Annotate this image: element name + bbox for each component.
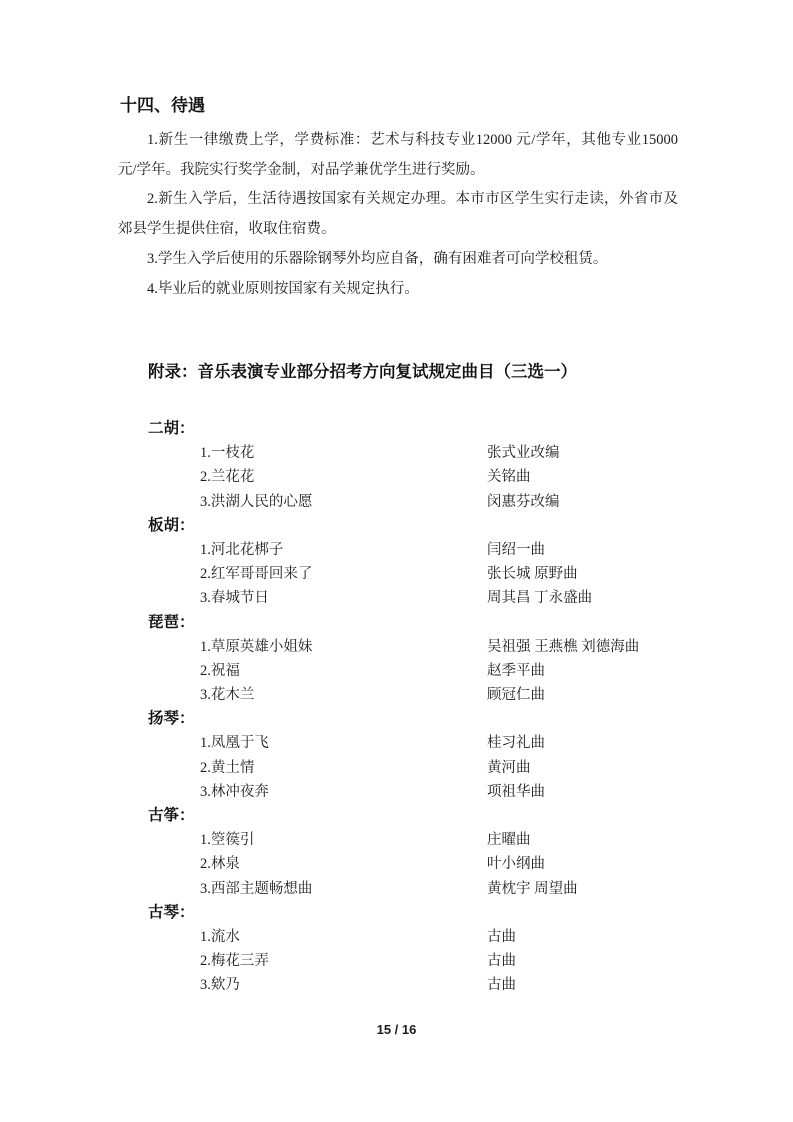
section-heading: 十四、待遇	[120, 95, 678, 117]
repertoire-item: 3.春城节日 周其昌 丁永盛曲	[118, 586, 728, 610]
page-number: 15 / 16	[377, 1022, 417, 1037]
repertoire-item: 3.花木兰 顾冠仁曲	[118, 683, 728, 707]
paragraph: 2.新生入学后，生活待遇按国家有关规定办理。本市市区学生实行走读，外省市及郊县学…	[118, 185, 678, 244]
repertoire-item: 2.黄土情 黄河曲	[118, 756, 728, 780]
song-title: 3.欸乃	[200, 973, 487, 997]
song-title: 3.春城节日	[200, 586, 487, 610]
instrument-group: 琵琶： 1.草原英雄小姐妹 吴祖强 王燕樵 刘德海曲 2.祝福 赵季平曲 3.花…	[118, 611, 728, 708]
composer-name: 黄河曲	[487, 756, 728, 780]
repertoire-item: 2.林泉 叶小纲曲	[118, 852, 728, 876]
paragraph: 3.学生入学后使用的乐器除钢琴外均应自备，确有困难者可向学校租赁。	[118, 245, 678, 275]
song-title: 3.西部主题畅想曲	[200, 877, 487, 901]
repertoire-item: 1.流水 古曲	[118, 925, 728, 949]
song-title: 2.祝福	[200, 659, 487, 683]
repertoire-item: 3.洪湖人民的心愿 闵惠芬改编	[118, 490, 728, 514]
composer-name: 闵惠芬改编	[487, 490, 728, 514]
document-page: 十四、待遇 1.新生一律缴费上学，学费标准：艺术与科技专业12000 元/学年，…	[0, 0, 793, 1122]
composer-name: 闫绍一曲	[487, 538, 728, 562]
repertoire-item: 2.祝福 赵季平曲	[118, 659, 728, 683]
section-paragraphs: 1.新生一律缴费上学，学费标准：艺术与科技专业12000 元/学年，其他专业15…	[118, 126, 678, 304]
composer-name: 黄枕宇 周望曲	[487, 877, 728, 901]
composer-name: 古曲	[487, 949, 728, 973]
page-footer: 15 / 16	[0, 1022, 793, 1037]
instrument-group: 扬琴： 1.凤凰于飞 桂习礼曲 2.黄土情 黄河曲 3.林冲夜奔 项祖华曲	[118, 707, 728, 804]
repertoire-item: 1.草原英雄小姐妹 吴祖强 王燕樵 刘德海曲	[118, 635, 728, 659]
composer-name: 赵季平曲	[487, 659, 728, 683]
instrument-group: 古琴： 1.流水 古曲 2.梅花三弄 古曲 3.欸乃 古曲	[118, 901, 728, 998]
section-treatment: 十四、待遇 1.新生一律缴费上学，学费标准：艺术与科技专业12000 元/学年，…	[118, 95, 678, 304]
paragraph: 1.新生一律缴费上学，学费标准：艺术与科技专业12000 元/学年，其他专业15…	[118, 126, 678, 185]
composer-name: 关铭曲	[487, 465, 728, 489]
composer-name: 吴祖强 王燕樵 刘德海曲	[487, 635, 728, 659]
repertoire-item: 1.箜篌引 庄曜曲	[118, 828, 728, 852]
song-title: 2.黄土情	[200, 756, 487, 780]
repertoire-item: 2.梅花三弄 古曲	[118, 949, 728, 973]
repertoire-item: 2.兰花花 关铭曲	[118, 465, 728, 489]
song-title: 3.花木兰	[200, 683, 487, 707]
song-title: 1.流水	[200, 925, 487, 949]
repertoire-item: 3.林冲夜奔 项祖华曲	[118, 780, 728, 804]
composer-name: 顾冠仁曲	[487, 683, 728, 707]
repertoire-item: 1.河北花梆子 闫绍一曲	[118, 538, 728, 562]
instrument-heading: 板胡：	[148, 514, 728, 538]
repertoire-item: 1.一枝花 张式业改编	[118, 441, 728, 465]
paragraph: 4.毕业后的就业原则按国家有关规定执行。	[118, 275, 678, 305]
composer-name: 张式业改编	[487, 441, 728, 465]
instrument-group: 二胡： 1.一枝花 张式业改编 2.兰花花 关铭曲 3.洪湖人民的心愿 闵惠芬改…	[118, 417, 728, 514]
song-title: 3.林冲夜奔	[200, 780, 487, 804]
song-title: 1.一枝花	[200, 441, 487, 465]
composer-name: 桂习礼曲	[487, 731, 728, 755]
song-title: 1.草原英雄小姐妹	[200, 635, 487, 659]
song-title: 1.河北花梆子	[200, 538, 487, 562]
appendix-section: 附录：音乐表演专业部分招考方向复试规定曲目（三选一） 二胡： 1.一枝花 张式业…	[118, 361, 728, 998]
appendix-title: 附录：音乐表演专业部分招考方向复试规定曲目（三选一）	[148, 361, 728, 384]
song-title: 3.洪湖人民的心愿	[200, 490, 487, 514]
composer-name: 周其昌 丁永盛曲	[487, 586, 728, 610]
song-title: 2.红军哥哥回来了	[200, 562, 487, 586]
composer-name: 庄曜曲	[487, 828, 728, 852]
repertoire-item: 2.红军哥哥回来了 张长城 原野曲	[118, 562, 728, 586]
song-title: 1.箜篌引	[200, 828, 487, 852]
instrument-heading: 古琴：	[148, 901, 728, 925]
composer-name: 古曲	[487, 973, 728, 997]
song-title: 2.林泉	[200, 852, 487, 876]
composer-name: 叶小纲曲	[487, 852, 728, 876]
song-title: 1.凤凰于飞	[200, 731, 487, 755]
instrument-group: 板胡： 1.河北花梆子 闫绍一曲 2.红军哥哥回来了 张长城 原野曲 3.春城节…	[118, 514, 728, 611]
song-title: 2.兰花花	[200, 465, 487, 489]
repertoire-item: 3.欸乃 古曲	[118, 973, 728, 997]
song-title: 2.梅花三弄	[200, 949, 487, 973]
repertoire-item: 1.凤凰于飞 桂习礼曲	[118, 731, 728, 755]
composer-name: 古曲	[487, 925, 728, 949]
instrument-group: 古筝： 1.箜篌引 庄曜曲 2.林泉 叶小纲曲 3.西部主题畅想曲 黄枕宇 周望…	[118, 804, 728, 901]
instrument-heading: 二胡：	[148, 417, 728, 441]
instrument-heading: 扬琴：	[148, 707, 728, 731]
instrument-groups: 二胡： 1.一枝花 张式业改编 2.兰花花 关铭曲 3.洪湖人民的心愿 闵惠芬改…	[118, 417, 728, 998]
repertoire-item: 3.西部主题畅想曲 黄枕宇 周望曲	[118, 877, 728, 901]
instrument-heading: 古筝：	[148, 804, 728, 828]
composer-name: 项祖华曲	[487, 780, 728, 804]
instrument-heading: 琵琶：	[148, 611, 728, 635]
composer-name: 张长城 原野曲	[487, 562, 728, 586]
